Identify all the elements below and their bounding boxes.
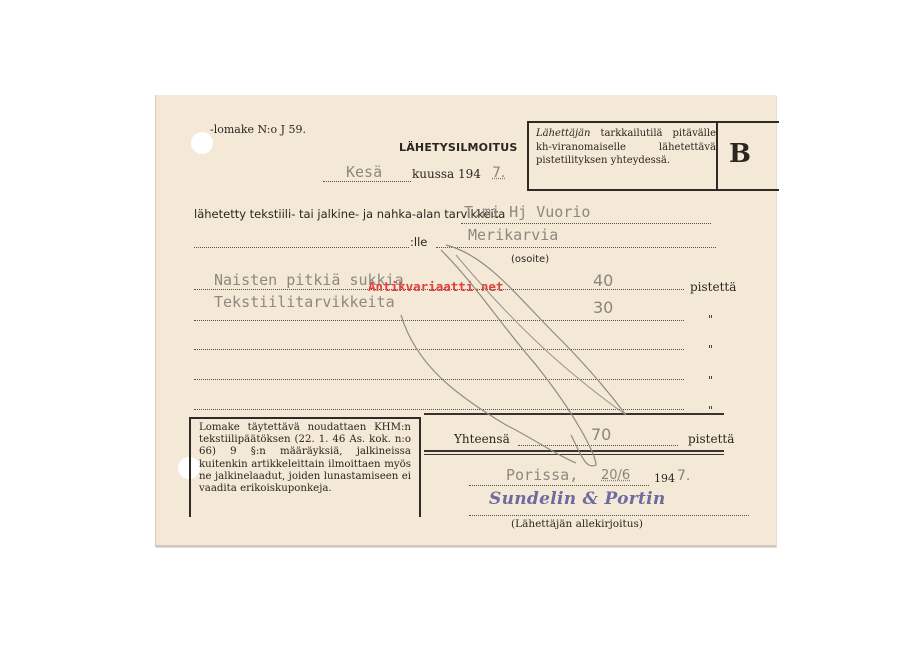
item-unit: " — [708, 404, 713, 417]
form-paper: -lomake N:o J 59. LÄHETYSILMOITUS Kesä k… — [155, 95, 776, 547]
instructions-box: Lomake täytettävä noudattaen KHM:n tekst… — [189, 417, 421, 517]
item-unit: " — [708, 313, 713, 326]
item-unit: " — [708, 374, 713, 387]
item-points: 30 — [593, 298, 613, 317]
place-field[interactable]: Porissa, — [506, 466, 578, 484]
recipient-field[interactable]: T:mi Hj Vuorio — [464, 203, 590, 221]
total-label: Yhteensä — [454, 432, 510, 446]
item-points: 40 — [593, 271, 613, 290]
instructions-text: Lomake täytettävä noudattaen KHM:n tekst… — [199, 422, 411, 495]
address-field[interactable]: Merikarvia — [468, 226, 558, 244]
month-suffix: kuussa 194 — [412, 167, 481, 181]
signature-caption: (Lähettäjän allekirjoitus) — [511, 518, 643, 530]
month-field[interactable]: Kesä — [346, 163, 382, 181]
ille-label: :lle — [410, 235, 427, 249]
total-value[interactable]: 70 — [591, 425, 611, 444]
form-title: LÄHETYSILMOITUS — [399, 141, 517, 154]
date-field[interactable]: 20/6 — [601, 468, 630, 483]
year-field[interactable]: 7. — [492, 165, 505, 181]
address-caption: (osoite) — [511, 254, 549, 265]
form-letter-b: B — [729, 139, 751, 169]
total-unit: pistettä — [688, 432, 734, 446]
form-number: -lomake N:o J 59. — [210, 123, 306, 136]
signature-stamp: Sundelin & Portin — [489, 489, 666, 509]
sender-notice-box: Lähettäjän tarkkailutilä pitävälle kh-vi… — [527, 121, 779, 191]
watermark: Antikvariaatti.net — [368, 279, 503, 294]
date-year-field[interactable]: 7. — [677, 468, 690, 484]
sent-label: lähetetty tekstiili- tai jalkine- ja nah… — [194, 207, 505, 221]
sender-notice-text: Lähettäjän tarkkailutilä pitävälle kh-vi… — [536, 127, 716, 168]
item-unit: " — [708, 343, 713, 356]
item-unit: pistettä — [690, 280, 736, 294]
date-year-prefix: 194 — [654, 472, 675, 485]
